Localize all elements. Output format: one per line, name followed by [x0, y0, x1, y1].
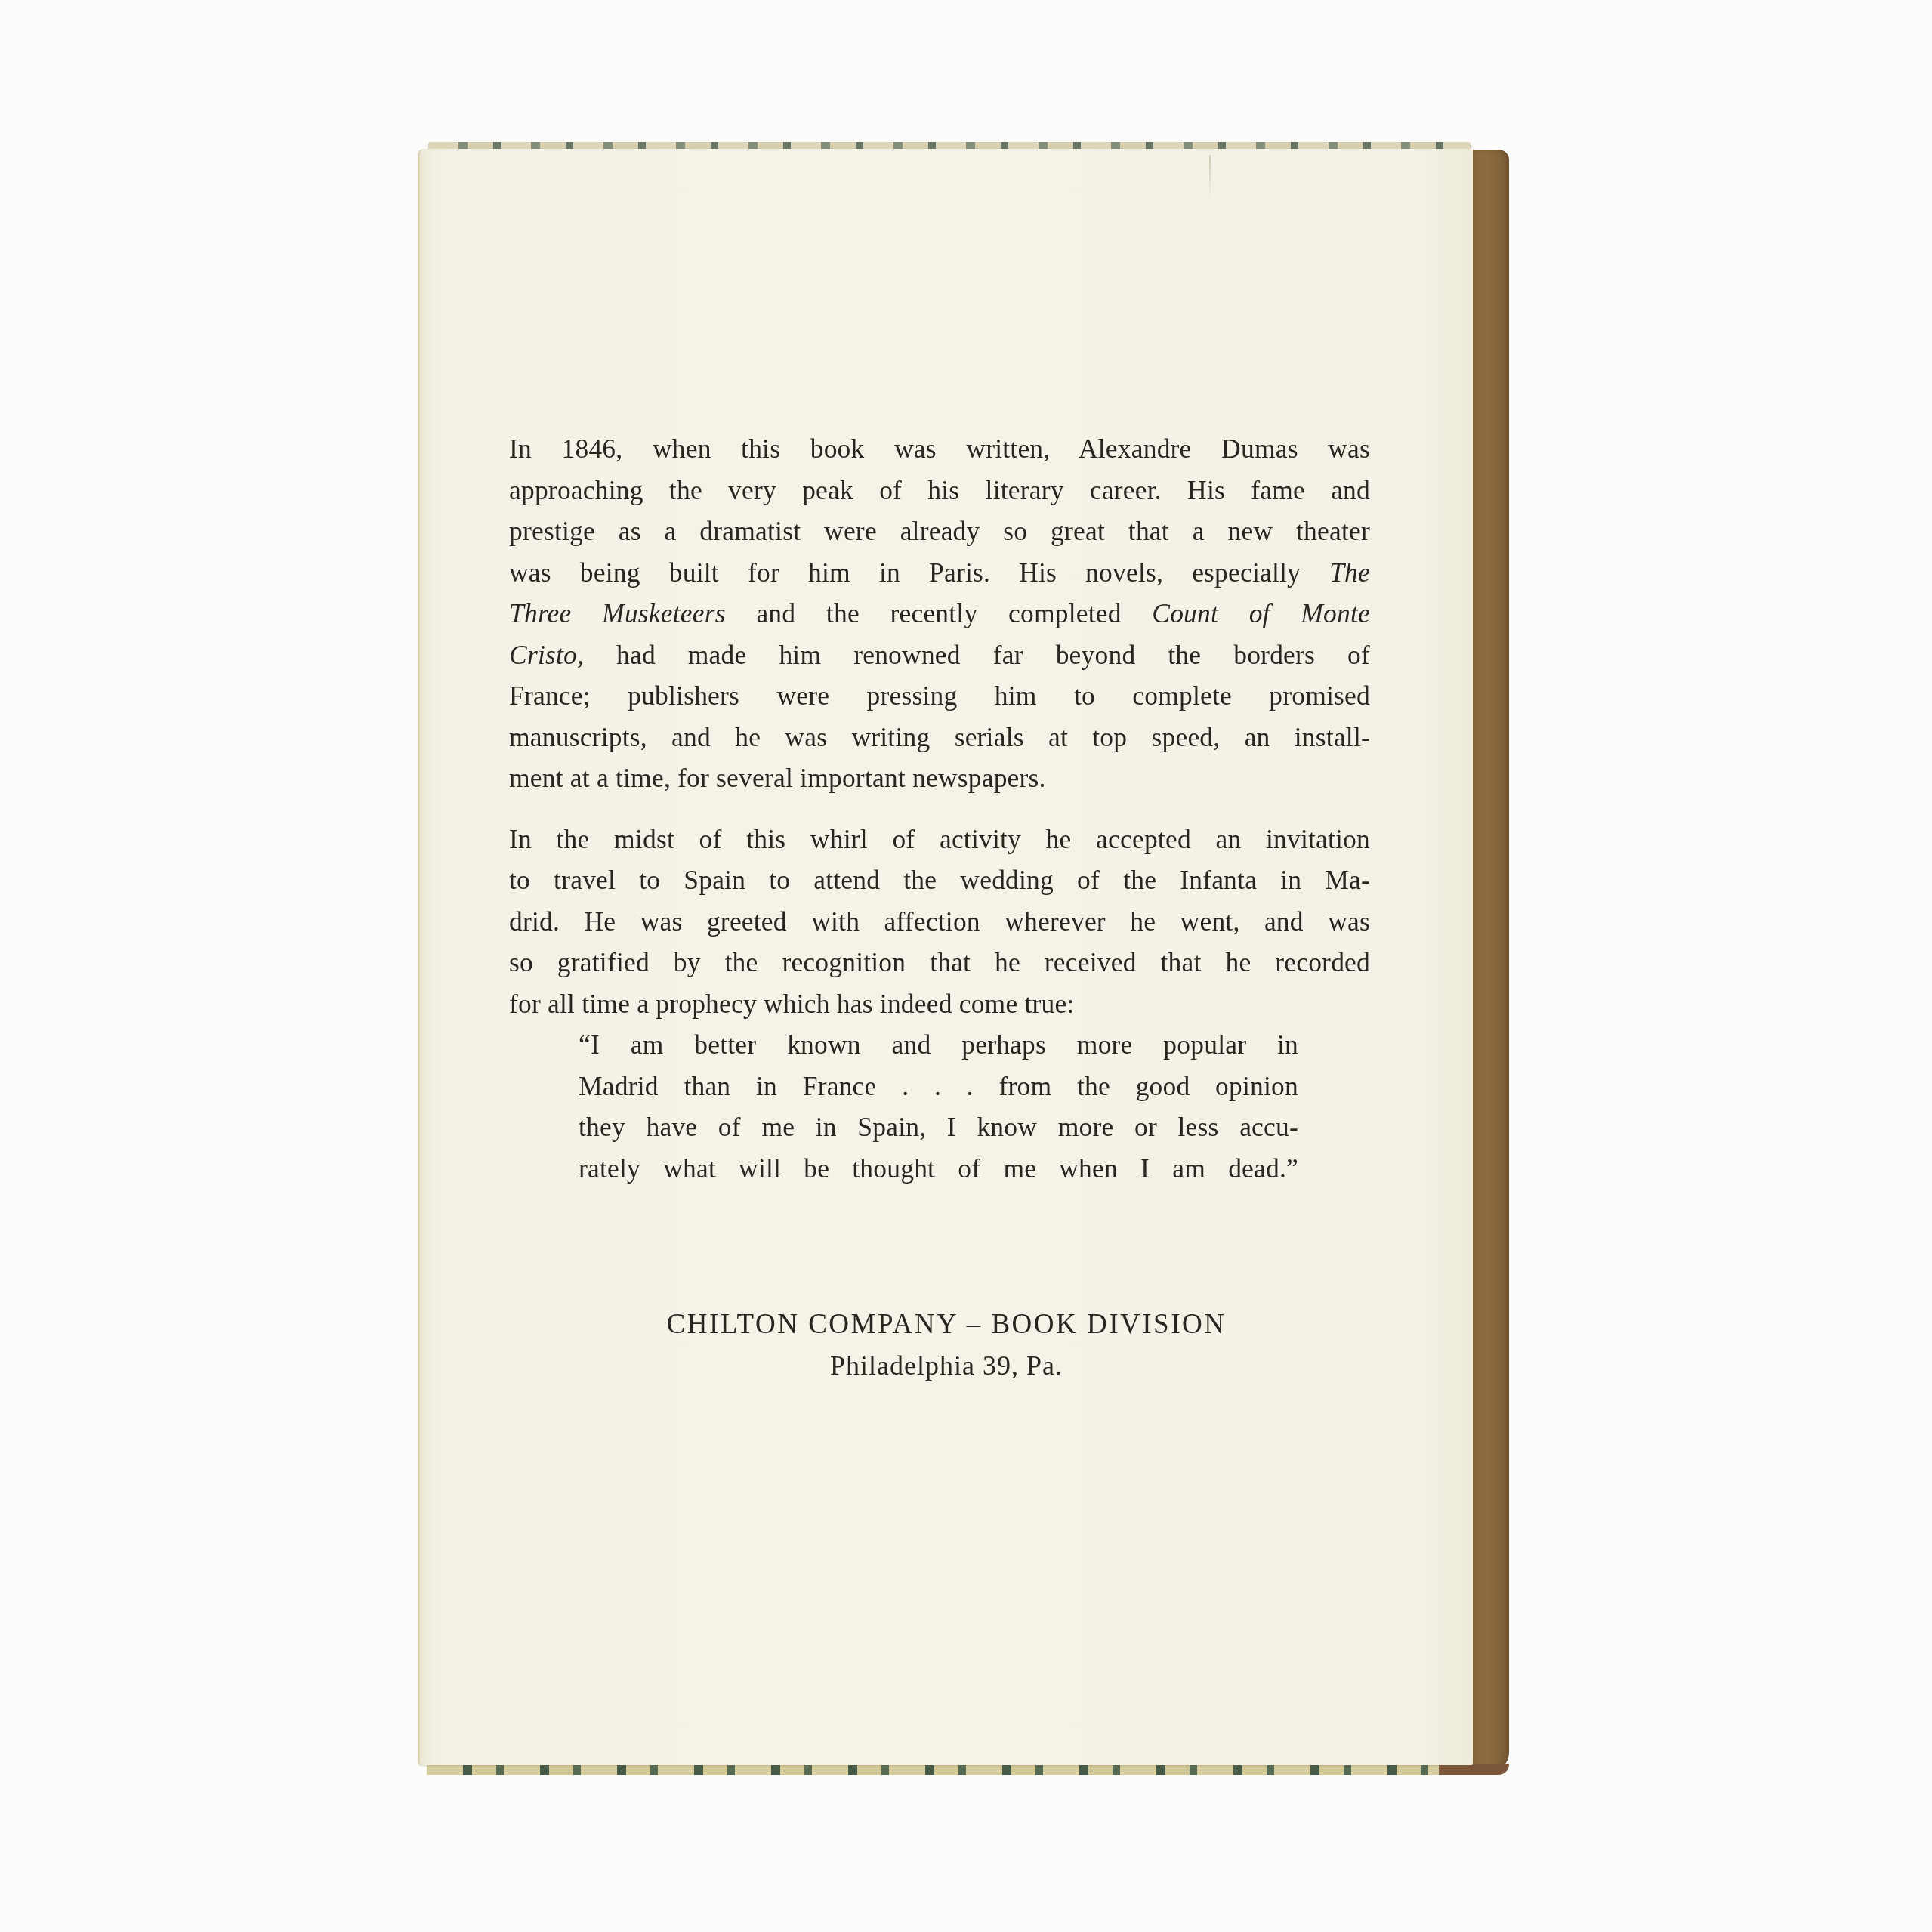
text-line: so gratified by the recognition that he … — [509, 942, 1370, 983]
text-line: Three Musketeers and the recently comple… — [509, 593, 1370, 634]
text-line: approaching the very peak of his literar… — [509, 470, 1370, 511]
paragraph-1: In 1846, when this book was written, Ale… — [509, 428, 1370, 799]
quote-line: they have of me in Spain, I know more or… — [579, 1106, 1298, 1148]
publisher-city: Philadelphia 39, Pa. — [420, 1345, 1473, 1386]
title-italic: The — [1329, 557, 1370, 588]
bottom-pattern-edge — [427, 1764, 1439, 1775]
title-italic: Three Musketeers — [509, 598, 726, 628]
text-line: In 1846, when this book was written, Ale… — [509, 428, 1370, 470]
quote-line: rately what will be thought of me when I… — [579, 1148, 1298, 1190]
text-line: was being built for him in Paris. His no… — [509, 552, 1370, 594]
quote-line: “I am better known and perhaps more popu… — [579, 1024, 1298, 1066]
text-line: manuscripts, and he was writing serials … — [509, 717, 1370, 758]
title-italic: Count of Monte — [1152, 598, 1370, 628]
blurb-text: In 1846, when this book was written, Ale… — [509, 428, 1370, 1189]
dumas-quote: “I am better known and perhaps more popu… — [579, 1024, 1298, 1189]
publisher-imprint: CHILTON COMPANY – BOOK DIVISION Philadel… — [420, 1304, 1473, 1386]
text-line: drid. He was greeted with affection wher… — [509, 901, 1370, 943]
text-line: In the midst of this whirl of activity h… — [509, 819, 1370, 860]
paragraph-2: In the midst of this whirl of activity h… — [509, 819, 1370, 1025]
publisher-name: CHILTON COMPANY – BOOK DIVISION — [420, 1304, 1473, 1345]
title-italic: Cristo, — [509, 640, 584, 670]
text-line: Cristo, had made him renowned far beyond… — [509, 634, 1370, 676]
text-line: France; publishers were pressing him to … — [509, 675, 1370, 717]
jacket-crease — [1209, 155, 1211, 200]
text-line: to travel to Spain to attend the wedding… — [509, 860, 1370, 901]
book-dust-jacket: In 1846, when this book was written, Ale… — [418, 142, 1509, 1775]
quote-line: Madrid than in France . . . from the goo… — [579, 1066, 1298, 1107]
book-spine — [1470, 150, 1509, 1772]
back-cover-panel: In 1846, when this book was written, Ale… — [418, 149, 1473, 1765]
text-line: ment at a time, for several important ne… — [509, 758, 1370, 799]
text-line: for all time a prophecy which has indeed… — [509, 983, 1370, 1025]
text-line: prestige as a dramatist were already so … — [509, 511, 1370, 552]
